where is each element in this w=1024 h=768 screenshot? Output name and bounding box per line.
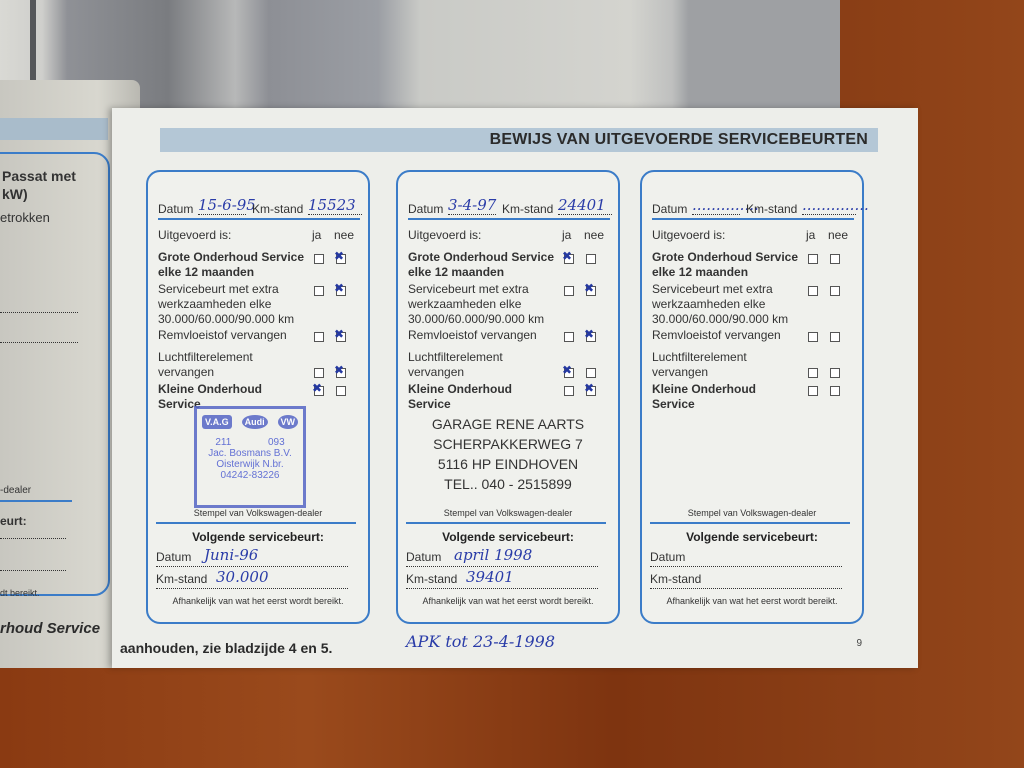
- checkbox-nee[interactable]: [586, 332, 596, 342]
- volgende-label: Volgende servicebeurt:: [398, 530, 618, 544]
- left-dotted-line: [0, 312, 78, 313]
- left-afh: dt bereikt.: [0, 588, 40, 598]
- checkbox-nee[interactable]: [830, 368, 840, 378]
- garage-tel: TEL.. 040 - 2515899: [398, 474, 618, 494]
- checkbox-ja[interactable]: [808, 286, 818, 296]
- audi-logo-icon: Audi: [242, 415, 268, 429]
- volgende-label: Volgende servicebeurt:: [642, 530, 862, 544]
- next-datum-value: april 1998: [454, 546, 532, 564]
- checkbox-ja[interactable]: [564, 332, 574, 342]
- left-volgende: eurt:: [0, 514, 27, 528]
- checkbox-nee[interactable]: [830, 332, 840, 342]
- next-datum-label: Datum: [406, 550, 441, 564]
- card-header: Datum15-6-95Km-stand15523: [158, 196, 360, 220]
- stamp-code-left: 211: [215, 437, 231, 448]
- service-card-2: Datum3-4-97Km-stand24401Uitgevoerd is:ja…: [396, 170, 620, 624]
- next-km-field: Km-stand30.000: [156, 572, 348, 589]
- datum-value: ..............: [692, 196, 740, 215]
- km-stand-label: Km-stand: [252, 202, 303, 216]
- stamp-label: Stempel van Volkswagen-dealer: [398, 508, 618, 518]
- service-item: Remvloeistof vervangen: [652, 328, 802, 343]
- afhankelijk-note: Afhankelijk van wat het eerst wordt bere…: [398, 596, 618, 606]
- datum-value: 15-6-95: [198, 196, 246, 215]
- checkbox-ja[interactable]: [564, 254, 574, 264]
- checkbox-nee[interactable]: [586, 386, 596, 396]
- service-item: Remvloeistof vervangen: [158, 328, 308, 343]
- nee-label: nee: [828, 228, 848, 242]
- next-datum-field: Datum: [650, 550, 842, 567]
- checkbox-ja[interactable]: [314, 286, 324, 296]
- left-dotted-line: [0, 342, 78, 343]
- service-item: Grote Onderhoud Service elke 12 maanden: [652, 250, 802, 280]
- divider: [650, 522, 850, 524]
- km-stand-value: 24401: [558, 196, 612, 215]
- checkbox-nee[interactable]: [336, 386, 346, 396]
- next-datum-field: DatumJuni-96: [156, 550, 348, 567]
- left-dotted-line: [0, 570, 66, 571]
- ja-label: ja: [312, 228, 321, 242]
- divider: [406, 522, 606, 524]
- afhankelijk-note: Afhankelijk van wat het eerst wordt bere…: [642, 596, 862, 606]
- vw-logo-icon: VW: [278, 415, 299, 429]
- left-footer: rhoud Service: [0, 620, 100, 637]
- left-text: etrokken: [0, 210, 50, 225]
- nee-label: nee: [334, 228, 354, 242]
- checkbox-ja[interactable]: [314, 254, 324, 264]
- checkbox-nee[interactable]: [830, 286, 840, 296]
- checkbox-ja[interactable]: [808, 386, 818, 396]
- left-heading-2: kW): [2, 186, 28, 202]
- stamp-phone: 04242-83226: [197, 470, 303, 481]
- service-item: Luchtfilterelement vervangen: [408, 350, 558, 380]
- volgende-label: Volgende servicebeurt:: [148, 530, 368, 544]
- card-header: Datum..............Km-stand.............…: [652, 196, 854, 220]
- service-card-1: Datum15-6-95Km-stand15523Uitgevoerd is:j…: [146, 170, 370, 624]
- next-datum-field: Datumapril 1998: [406, 550, 598, 567]
- checkbox-ja[interactable]: [564, 386, 574, 396]
- service-booklet: Passat met kW) etrokken -dealer eurt: dt…: [0, 80, 918, 668]
- stamp-dealer-name: Jac. Bosmans B.V.: [197, 448, 303, 459]
- next-km-field: Km-stand39401: [406, 572, 598, 589]
- stamp-code-right: 093: [268, 437, 285, 448]
- service-card-3: Datum..............Km-stand.............…: [640, 170, 864, 624]
- datum-value: 3-4-97: [448, 196, 496, 215]
- garage-street: SCHERPAKKERWEG 7: [398, 434, 618, 454]
- uitgevoerd-label: Uitgevoerd is:: [158, 228, 231, 242]
- footer-text: aanhouden, zie bladzijde 4 en 5.: [120, 640, 332, 656]
- datum-label: Datum: [652, 202, 687, 216]
- service-item: Grote Onderhoud Service elke 12 maanden: [408, 250, 558, 280]
- datum-label: Datum: [408, 202, 443, 216]
- vag-logo-icon: V.A.G: [202, 415, 232, 429]
- checkbox-nee[interactable]: [830, 386, 840, 396]
- stamp-label: Stempel van Volkswagen-dealer: [148, 508, 368, 518]
- km-stand-value: 15523: [308, 196, 362, 215]
- left-dealer-label: -dealer: [0, 485, 31, 496]
- km-stand-value: ..............: [802, 196, 856, 215]
- left-title-band: [0, 118, 108, 140]
- checkbox-nee[interactable]: [336, 368, 346, 378]
- next-km-value: 39401: [466, 568, 514, 586]
- next-km-label: Km-stand: [156, 572, 207, 586]
- nee-label: nee: [584, 228, 604, 242]
- page-title: BEWIJS VAN UITGEVOERDE SERVICEBEURTEN: [490, 131, 868, 149]
- left-heading-1: Passat met: [2, 168, 76, 184]
- divider: [156, 522, 356, 524]
- service-item: Servicebeurt met extra werkzaamheden elk…: [158, 282, 308, 327]
- checkbox-ja[interactable]: [808, 368, 818, 378]
- next-datum-label: Datum: [650, 550, 685, 564]
- uitgevoerd-label: Uitgevoerd is:: [652, 228, 725, 242]
- stamp-city: Oisterwijk N.br.: [197, 459, 303, 470]
- next-km-value: 30.000: [216, 568, 269, 586]
- service-item: Servicebeurt met extra werkzaamheden elk…: [408, 282, 558, 327]
- checkbox-ja[interactable]: [314, 332, 324, 342]
- datum-label: Datum: [158, 202, 193, 216]
- service-item: Remvloeistof vervangen: [408, 328, 558, 343]
- checkbox-ja[interactable]: [808, 332, 818, 342]
- checkbox-ja[interactable]: [564, 368, 574, 378]
- km-stand-label: Km-stand: [746, 202, 797, 216]
- checkbox-nee[interactable]: [586, 286, 596, 296]
- checkbox-ja[interactable]: [314, 368, 324, 378]
- next-km-field: Km-stand: [650, 572, 842, 589]
- checkbox-nee[interactable]: [336, 286, 346, 296]
- service-item: Kleine Onderhoud Service: [652, 382, 802, 412]
- left-dotted-line: [0, 538, 66, 539]
- checkbox-nee[interactable]: [586, 254, 596, 264]
- afhankelijk-note: Afhankelijk van wat het eerst wordt bere…: [148, 596, 368, 606]
- service-item: Servicebeurt met extra werkzaamheden elk…: [652, 282, 802, 327]
- title-band: BEWIJS VAN UITGEVOERDE SERVICEBEURTEN: [160, 128, 878, 152]
- right-page: BEWIJS VAN UITGEVOERDE SERVICEBEURTEN Da…: [112, 108, 918, 668]
- checkbox-nee[interactable]: [586, 368, 596, 378]
- next-datum-value: Juni-96: [204, 546, 258, 564]
- checkbox-ja[interactable]: [564, 286, 574, 296]
- card-header: Datum3-4-97Km-stand24401: [408, 196, 610, 220]
- garage-stamp: GARAGE RENE AARTSSCHERPAKKERWEG 75116 HP…: [398, 414, 618, 494]
- stamp-label: Stempel van Volkswagen-dealer: [642, 508, 862, 518]
- service-item: Luchtfilterelement vervangen: [158, 350, 308, 380]
- next-km-label: Km-stand: [650, 572, 701, 586]
- km-stand-label: Km-stand: [502, 202, 553, 216]
- uitgevoerd-label: Uitgevoerd is:: [408, 228, 481, 242]
- checkbox-nee[interactable]: [336, 332, 346, 342]
- checkbox-ja[interactable]: [314, 386, 324, 396]
- checkbox-nee[interactable]: [830, 254, 840, 264]
- next-datum-label: Datum: [156, 550, 191, 564]
- left-rule: [0, 500, 72, 502]
- service-item: Luchtfilterelement vervangen: [652, 350, 802, 380]
- next-km-label: Km-stand: [406, 572, 457, 586]
- ja-label: ja: [562, 228, 571, 242]
- dealer-stamp: V.A.GAudiVW211093Jac. Bosmans B.V.Oister…: [194, 406, 306, 508]
- garage-city: 5116 HP EINDHOVEN: [398, 454, 618, 474]
- checkbox-ja[interactable]: [808, 254, 818, 264]
- checkbox-nee[interactable]: [336, 254, 346, 264]
- service-item: Grote Onderhoud Service elke 12 maanden: [158, 250, 308, 280]
- page-number: 9: [856, 638, 862, 649]
- service-item: Kleine Onderhoud Service: [408, 382, 558, 412]
- garage-name: GARAGE RENE AARTS: [398, 414, 618, 434]
- ja-label: ja: [806, 228, 815, 242]
- handwritten-apk-note: APK tot 23-4-1998: [406, 632, 555, 651]
